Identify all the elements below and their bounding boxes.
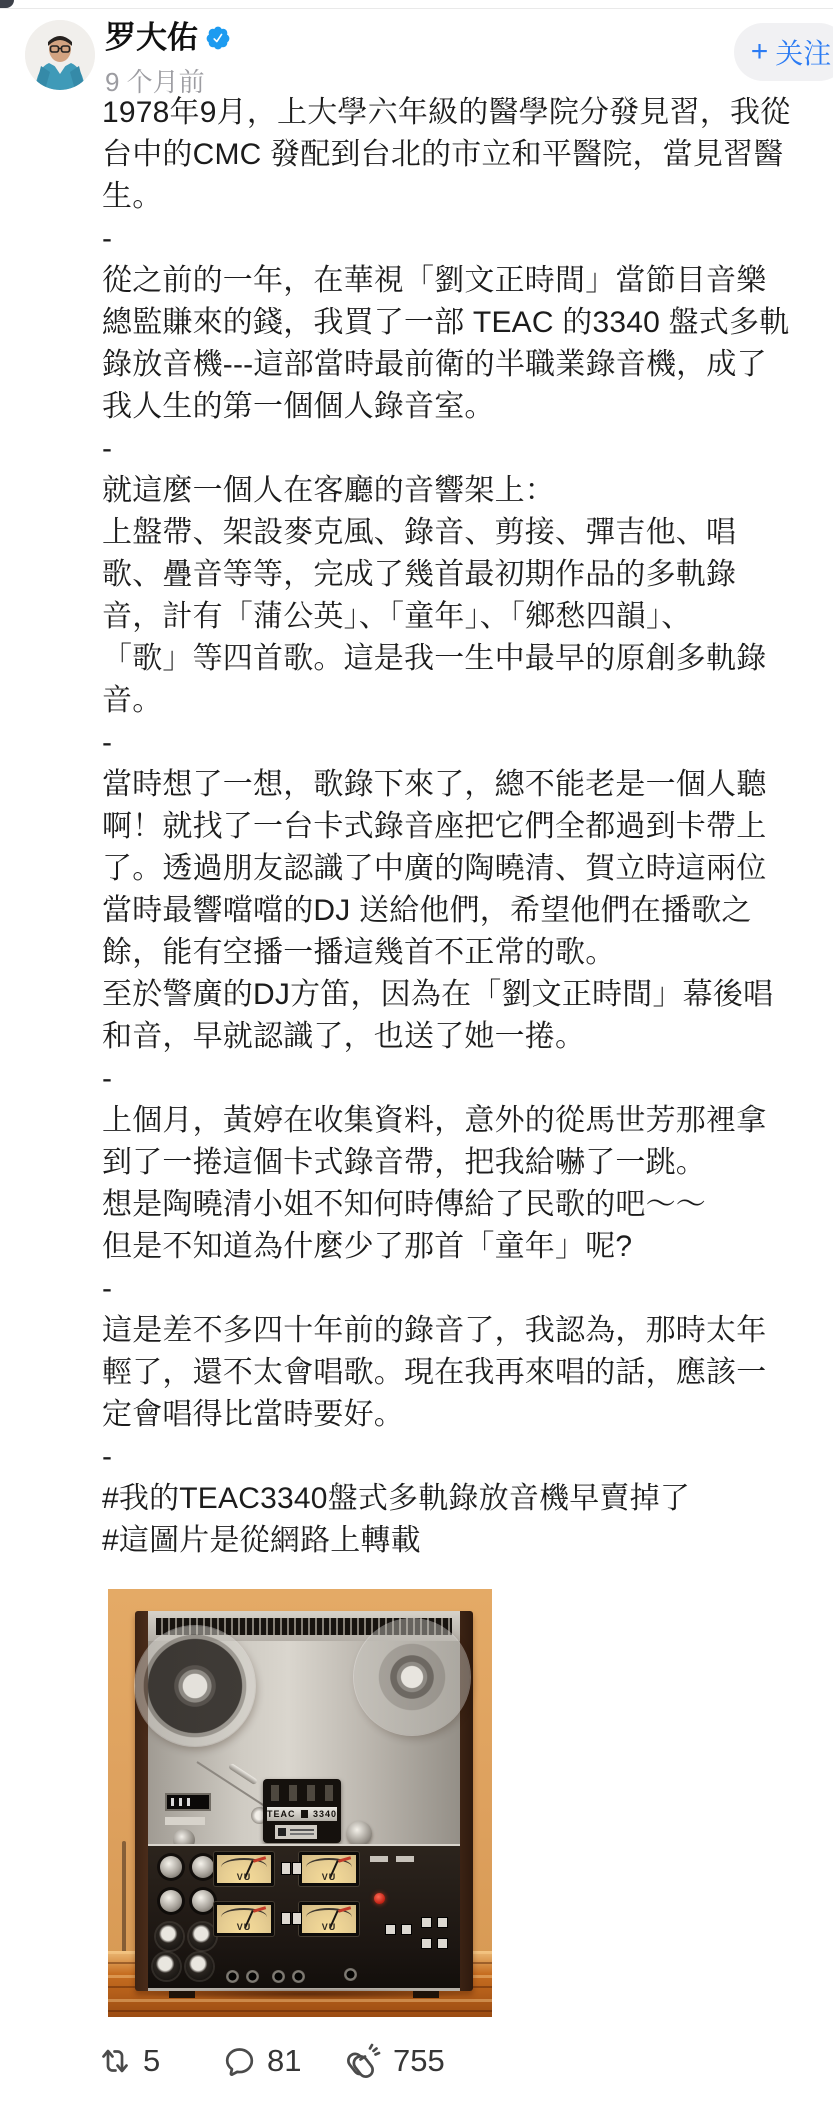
- counter-label-plate: [165, 1817, 205, 1825]
- name-plate-separator: [301, 1810, 308, 1818]
- logo-plate: [275, 1825, 317, 1839]
- lamp-pole: [122, 1841, 126, 1959]
- monitor-switch: [282, 1863, 290, 1874]
- avatar[interactable]: [25, 20, 95, 90]
- vu-meter: VU: [299, 1852, 359, 1886]
- mic-line-knob: [186, 1953, 213, 1980]
- repost-count: 5: [143, 2043, 160, 2079]
- avatar-illustration: [25, 20, 95, 90]
- record-indicator-light: [374, 1893, 385, 1904]
- username[interactable]: 罗大佑: [105, 21, 198, 55]
- panel-label: [396, 1856, 414, 1862]
- function-button: [402, 1925, 411, 1934]
- tape-reel-left: [135, 1626, 255, 1746]
- timestamp: 9 个月前: [105, 62, 231, 99]
- tape-recorder: TEAC 3340 VU VU: [135, 1611, 473, 1991]
- clap-icon: [345, 2042, 383, 2080]
- engagement-bar: 5 81 755: [97, 2042, 833, 2080]
- input-knob: [160, 1890, 182, 1912]
- mic-line-knob: [156, 1923, 183, 1950]
- plus-icon: +: [751, 38, 769, 66]
- comment-count: 81: [267, 2043, 301, 2079]
- top-divider: [0, 8, 833, 9]
- input-knob: [160, 1856, 182, 1878]
- clap-stat[interactable]: 755: [345, 2042, 445, 2080]
- mic-jack: [292, 1970, 305, 1983]
- recorder-foot: [169, 1990, 195, 1998]
- head-cover-switches: [271, 1785, 333, 1801]
- device-model-label: 3340: [313, 1809, 337, 1819]
- phones-jack: [344, 1968, 357, 1981]
- function-button: [422, 1918, 431, 1927]
- device-name-plate: TEAC 3340: [267, 1807, 337, 1821]
- post-text: 1978年9月，上大學六年級的醫學院分發見習，我從 台中的CMC 發配到台北的市…: [0, 92, 833, 1562]
- vu-meter: VU: [214, 1902, 274, 1936]
- input-knob: [192, 1856, 214, 1878]
- post-photo[interactable]: TEAC 3340 VU VU: [108, 1589, 492, 2017]
- header-text: 罗大佑 9 个月前: [105, 21, 231, 99]
- head-cover: TEAC 3340: [263, 1779, 341, 1843]
- tape-counter: [165, 1793, 211, 1811]
- clap-count: 755: [393, 2043, 445, 2079]
- follow-label: 关注: [775, 32, 831, 72]
- follow-button[interactable]: + 关注: [734, 23, 833, 81]
- monitor-switch: [293, 1863, 301, 1874]
- device-brand-label: TEAC: [267, 1809, 296, 1819]
- pitch-knob: [347, 1821, 372, 1846]
- verified-badge-icon: [205, 25, 231, 51]
- panel-label: [370, 1856, 388, 1862]
- function-button: [422, 1939, 431, 1948]
- mic-jack: [272, 1970, 285, 1983]
- mic-jack: [226, 1970, 239, 1983]
- function-button: [438, 1939, 447, 1948]
- username-row: 罗大佑: [105, 21, 231, 55]
- input-knob: [192, 1890, 214, 1912]
- control-panel: VU VU VU VU: [148, 1844, 460, 1991]
- monitor-switch: [293, 1913, 301, 1924]
- tape-reel-right: [354, 1619, 470, 1735]
- vu-meter: VU: [214, 1852, 274, 1886]
- recorder-foot: [413, 1990, 439, 1998]
- mic-jack: [246, 1970, 259, 1983]
- repost-stat[interactable]: 5: [97, 2043, 221, 2079]
- mic-line-knob: [153, 1953, 180, 1980]
- function-button: [386, 1925, 395, 1934]
- vu-meter: VU: [299, 1902, 359, 1936]
- comment-stat[interactable]: 81: [221, 2043, 345, 2079]
- function-button: [438, 1918, 447, 1927]
- repost-icon: [97, 2043, 133, 2079]
- monitor-switch: [282, 1913, 290, 1924]
- screen-corner-artifact: [0, 0, 14, 8]
- post-header: 罗大佑 9 个月前 + 关注: [25, 19, 833, 91]
- mic-line-knob: [189, 1923, 216, 1950]
- comment-icon: [221, 2043, 257, 2079]
